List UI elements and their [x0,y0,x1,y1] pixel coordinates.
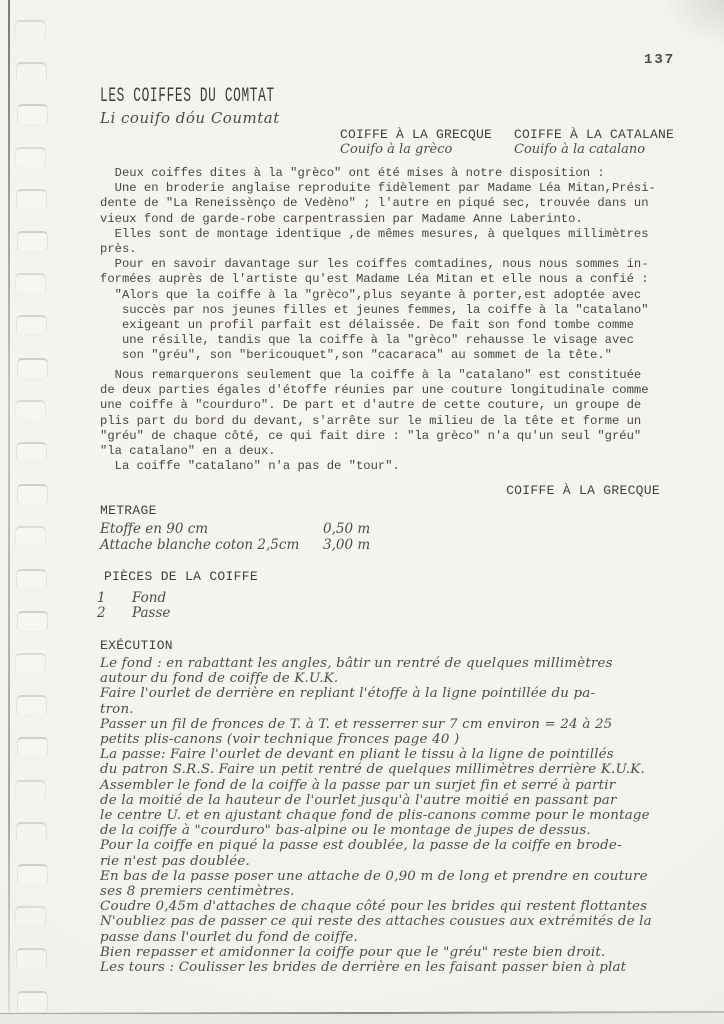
binding-hole [16,315,47,336]
binding-hole [16,442,47,463]
scan-background-strip [0,1014,724,1024]
section-heading-coiffe-grecque: COIFFE À LA GRECQUE [506,483,660,498]
binding-hole [15,400,46,421]
column-heading-grecque: COIFFE À LA GRECQUE [340,127,492,142]
binding-hole [16,62,47,83]
metrage-heading: METRAGE [100,503,157,518]
execution-instructions: Le fond : en rabattant les angles, bâtir… [100,656,652,975]
scan-smudge [664,0,724,46]
binding-hole [17,737,48,758]
binding-hole [17,231,48,252]
page-number: 137 [644,52,675,68]
metrage-label: Etoffe en 90 cm [100,521,208,537]
binding-hole [17,611,48,632]
intro-paragraph-2: Nous remarquerons seulement que la coiff… [100,368,649,459]
page-edge-line [8,0,10,1012]
pieces-heading: PIÈCES DE LA COIFFE [104,569,258,584]
intro-paragraph-3: La coiffe "catalano" n'a pas de "tour". [100,459,400,474]
column-subheading-catalane: Couifo à la catalano [514,142,645,157]
binding-hole [17,864,48,885]
binding-hole [17,358,48,379]
piece-row: 1 Fond [97,590,297,606]
piece-row: 2 Passe [97,605,297,621]
binding-hole [15,20,46,41]
execution-heading: EXÉCUTION [100,638,173,653]
binding-hole [17,484,48,505]
piece-name: Fond [132,590,166,606]
binding-hole [15,526,46,547]
binding-hole [16,822,47,843]
binding-hole [15,653,46,674]
metrage-row: Attache blanche coton 2,5cm 3,00 m [100,537,430,553]
metrage-value: 0,50 m [323,521,370,537]
binding-hole [15,780,46,801]
piece-name: Passe [132,605,170,621]
binding-hole [15,147,46,168]
binding-hole [16,948,47,969]
binding-hole [15,273,46,294]
piece-number: 2 [97,605,106,621]
metrage-row: Etoffe en 90 cm 0,50 m [100,521,430,537]
binding-hole [15,906,46,927]
binding-hole [16,569,47,590]
binding-hole [17,991,48,1012]
binding-hole [16,695,47,716]
binding-hole [17,104,48,125]
piece-number: 1 [97,590,106,606]
column-heading-catalane: COIFFE À LA CATALANE [514,127,674,142]
metrage-value: 3,00 m [323,537,370,553]
column-subheading-grecque: Couifo à la grèco [340,142,452,157]
document-title: LES COIFFES DU COMTAT [100,85,275,108]
metrage-label: Attache blanche coton 2,5cm [100,537,299,553]
binding-hole [16,189,47,210]
document-subtitle-provencal: Li couifo dóu Coumtat [100,109,280,127]
intro-paragraph-1: Deux coiffes dites à la "grèco" ont été … [100,166,656,364]
scanned-document-page: 137 LES COIFFES DU COMTAT Li couifo dóu … [0,0,724,1024]
